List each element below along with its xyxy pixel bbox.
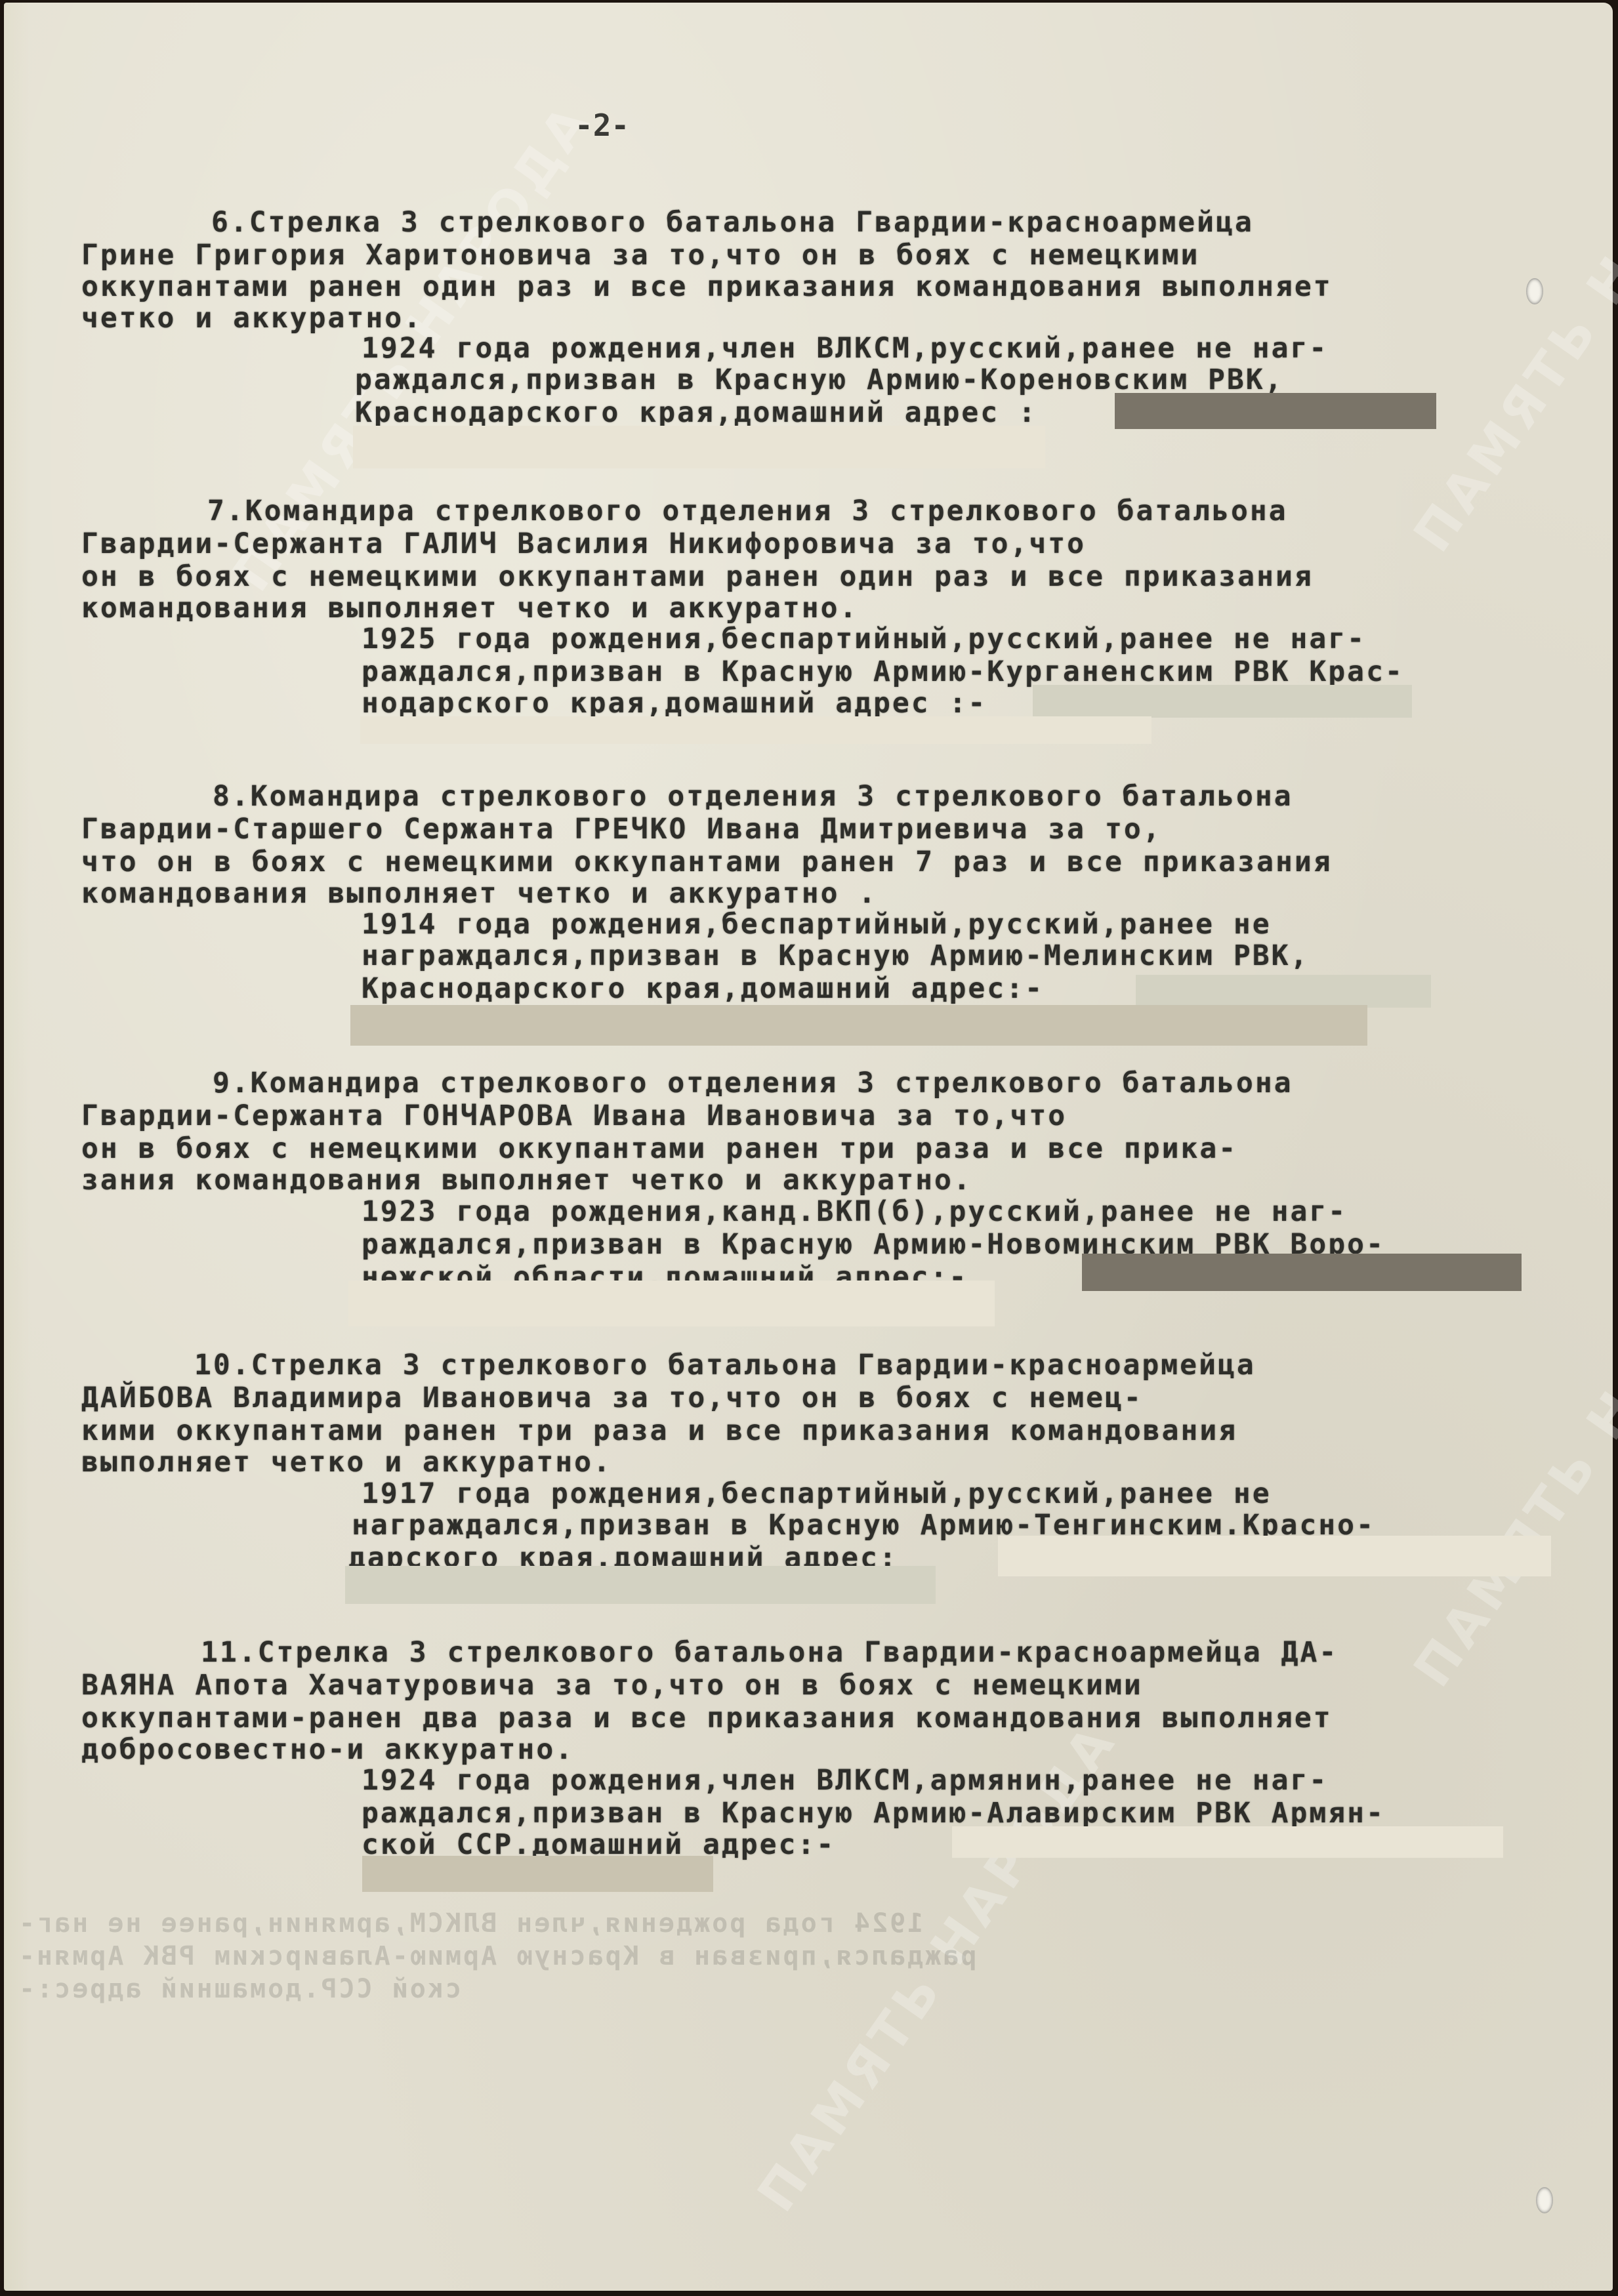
redacted-address: [362, 1856, 713, 1892]
entry-line: оккупантами ранен один раз и все приказа…: [81, 270, 1333, 303]
entry-line: 7.Командира стрелкового отделения 3 стре…: [207, 495, 1288, 527]
redacted-address: [348, 1281, 995, 1326]
watermark: ПАМЯТЬ НАРОДА: [1403, 52, 1618, 562]
entry-line: 6.Стрелка 3 стрелкового батальона Гварди…: [211, 206, 1254, 239]
bio-line: 1914 года рождения,беспартийный,русский,…: [362, 908, 1272, 941]
entry-line: командования выполняет четко и аккуратно…: [81, 592, 858, 625]
bio-line: 1923 года рождения,канд.ВКП(б),русский,р…: [362, 1195, 1347, 1228]
show-through-text: ской ССР.домашний адрес:-: [17, 1974, 461, 2004]
show-through-text: раждался,призван в Красную Армию-Алавирс…: [17, 1941, 976, 1971]
entry-line: Гвардии-Сержанта ГОНЧАРОВА Ивана Иванови…: [81, 1099, 1067, 1132]
entry-line: командования выполняет четко и аккуратно…: [81, 877, 877, 910]
redacted-address: [1082, 1254, 1522, 1291]
entry-line: четко и аккуратно.: [81, 302, 423, 335]
redacted-address: [345, 1566, 936, 1604]
bio-line: 1925 года рождения,беспартийный,русский,…: [362, 623, 1366, 655]
entry-line: Грине Григория Харитоновича за то,что он…: [81, 239, 1199, 272]
bio-line: 1924 года рождения,член ВЛКСМ,русский,ра…: [362, 332, 1328, 365]
redacted-address: [1136, 975, 1431, 1008]
bio-line: Краснодарского края,домашний адрес :: [355, 396, 1037, 429]
bio-line: раждался,призван в Красную Армию-Кургане…: [362, 655, 1404, 688]
redacted-address: [350, 1005, 1367, 1046]
bio-line: награждался,призван в Красную Армию-Мели…: [362, 939, 1309, 972]
entry-line: 9.Командира стрелкового отделения 3 стре…: [213, 1067, 1293, 1099]
entry-line: 10.Стрелка 3 стрелкового батальона Гвард…: [194, 1349, 1256, 1382]
document-page: ПАМЯТЬ НАРОДА ПАМЯТЬ НАРОДА ПАМЯТЬ НАРОД…: [4, 3, 1613, 2291]
entry-line: что он в боях с немецкими оккупантами ра…: [81, 846, 1333, 878]
entry-line: зания командования выполняет четко и акк…: [81, 1164, 972, 1197]
bio-line: 1924 года рождения,член ВЛКСМ,армянин,ра…: [362, 1764, 1328, 1797]
entry-line: оккупантами-ранен два раза и все приказа…: [81, 1702, 1333, 1734]
entry-line: Гвардии-Старшего Сержанта ГРЕЧКО Ивана Д…: [81, 813, 1162, 846]
entry-line: ДАЙБОВА Владимира Ивановича за то,что он…: [81, 1382, 1143, 1414]
punch-hole: [1536, 2187, 1553, 2213]
entry-line: он в боях с немецкими оккупантами ранен …: [81, 560, 1314, 593]
bio-line: нодарского края,домашний адрес :-: [362, 687, 987, 720]
page-number: -2-: [575, 108, 629, 143]
bio-line: Краснодарского края,домашний адрес:-: [362, 972, 1044, 1005]
redacted-address: [998, 1536, 1551, 1576]
entry-line: 8.Командира стрелкового отделения 3 стре…: [213, 780, 1293, 813]
show-through-text: 1924 года рождения,член ВЛКСМ,армянин,ра…: [17, 1908, 923, 1938]
entry-line: 11.Стрелка 3 стрелкового батальона Гвард…: [201, 1636, 1338, 1669]
bio-line: раждался,призван в Красную Армию-Коренов…: [355, 363, 1284, 396]
entry-line: Гвардии-Сержанта ГАЛИЧ Василия Никифоров…: [81, 527, 1086, 560]
entry-line: ВАЯНА Апота Хачатуровича за то,что он в …: [81, 1669, 1143, 1702]
redacted-address: [353, 426, 1045, 468]
redacted-address: [952, 1826, 1503, 1858]
entry-line: выполняет четко и аккуратно.: [81, 1446, 612, 1479]
entry-line: он в боях с немецкими оккупантами ранен …: [81, 1132, 1237, 1165]
bio-line: раждался,призван в Красную Армию-Алавирс…: [362, 1797, 1385, 1830]
punch-hole: [1526, 278, 1543, 304]
entry-line: добросовестно-и аккуратно.: [81, 1733, 574, 1766]
bio-line: 1917 года рождения,беспартийный,русский,…: [362, 1477, 1272, 1510]
redacted-address: [360, 716, 1151, 744]
entry-line: кими оккупантами ранен три раза и все пр…: [81, 1414, 1237, 1447]
redacted-address: [1115, 393, 1436, 429]
redacted-address: [1033, 685, 1412, 718]
